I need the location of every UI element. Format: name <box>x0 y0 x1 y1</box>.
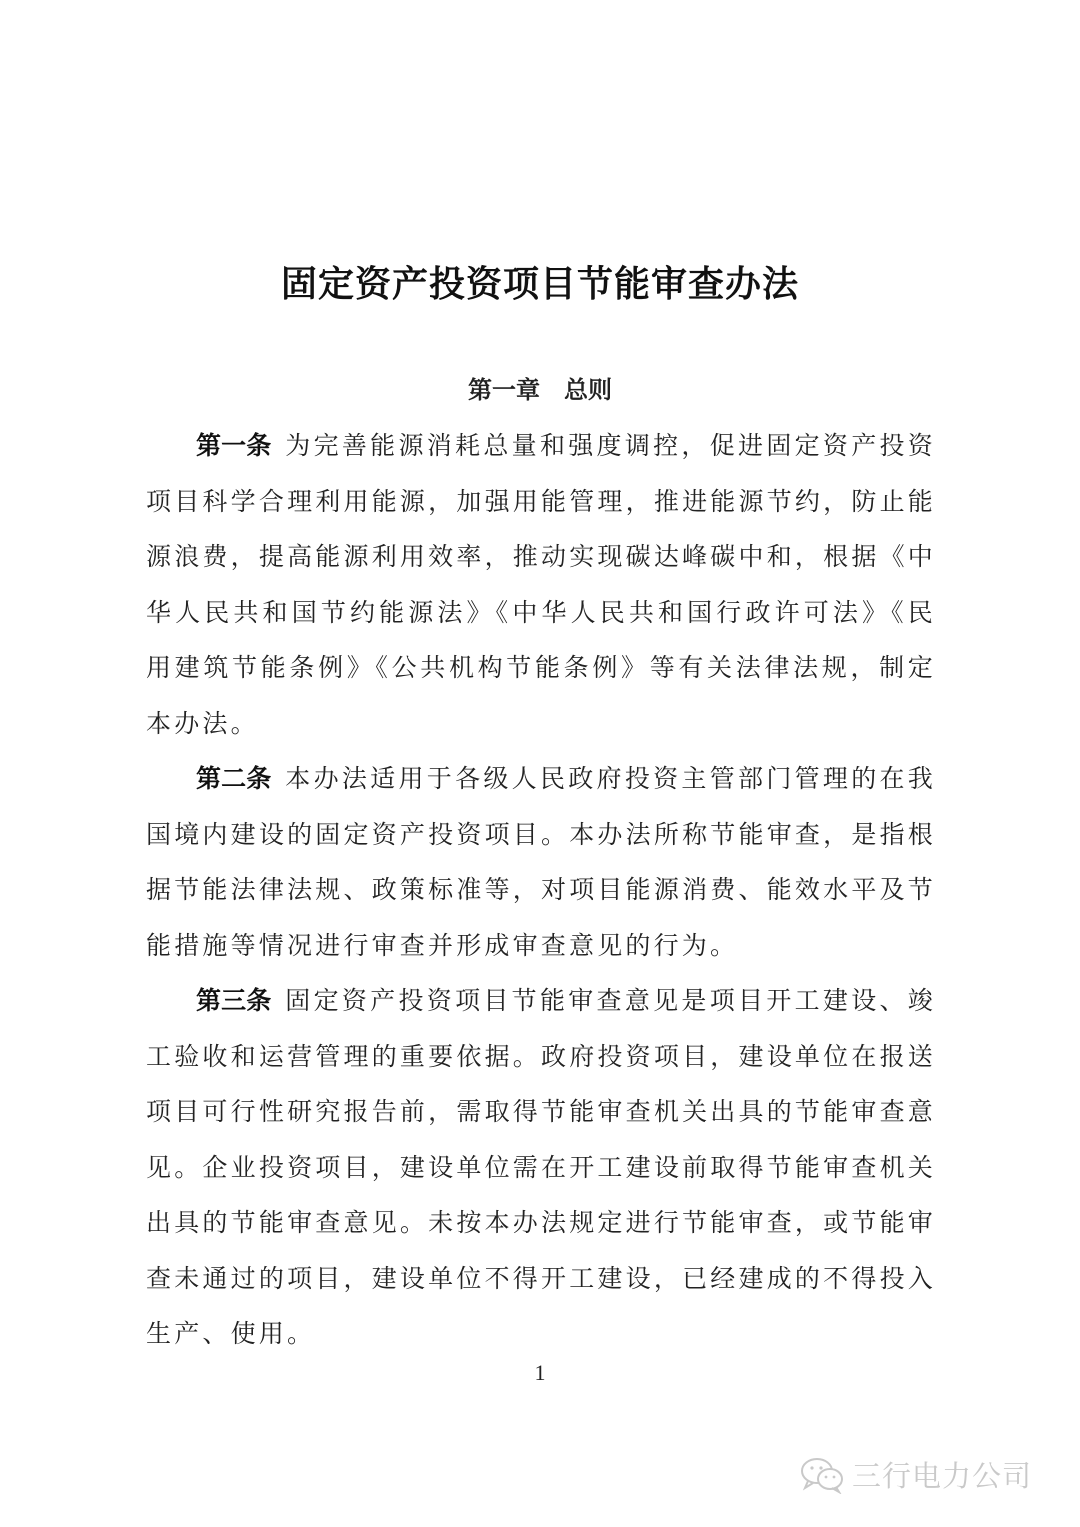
document-title: 固定资产投资项目节能审查办法 <box>0 256 1080 307</box>
watermark: 三行电力公司 <box>800 1454 1032 1495</box>
article-label: 第三条 <box>196 986 271 1015</box>
article-text: 本办法适用于各级人民政府投资主管部门管理的在我国境内建设的固定资产投资项目。本办… <box>146 764 936 960</box>
watermark-text: 三行电力公司 <box>852 1454 1032 1495</box>
article-text: 固定资产投资项目节能审查意见是项目开工建设、竣工验收和运营管理的重要依据。政府投… <box>146 986 936 1348</box>
article-label: 第二条 <box>196 764 271 793</box>
document-body: 第一条为完善能源消耗总量和强度调控，促进固定资产投资项目科学合理利用能源，加强用… <box>146 418 936 1362</box>
wechat-icon <box>800 1456 846 1494</box>
article-2: 第二条本办法适用于各级人民政府投资主管部门管理的在我国境内建设的固定资产投资项目… <box>146 751 936 973</box>
article-text: 为完善能源消耗总量和强度调控，促进固定资产投资项目科学合理利用能源，加强用能管理… <box>146 431 936 738</box>
article-1: 第一条为完善能源消耗总量和强度调控，促进固定资产投资项目科学合理利用能源，加强用… <box>146 418 936 751</box>
chapter-heading: 第一章 总则 <box>0 370 1080 405</box>
article-label: 第一条 <box>196 431 271 460</box>
page-number: 1 <box>0 1360 1080 1386</box>
article-3: 第三条固定资产投资项目节能审查意见是项目开工建设、竣工验收和运营管理的重要依据。… <box>146 973 936 1362</box>
